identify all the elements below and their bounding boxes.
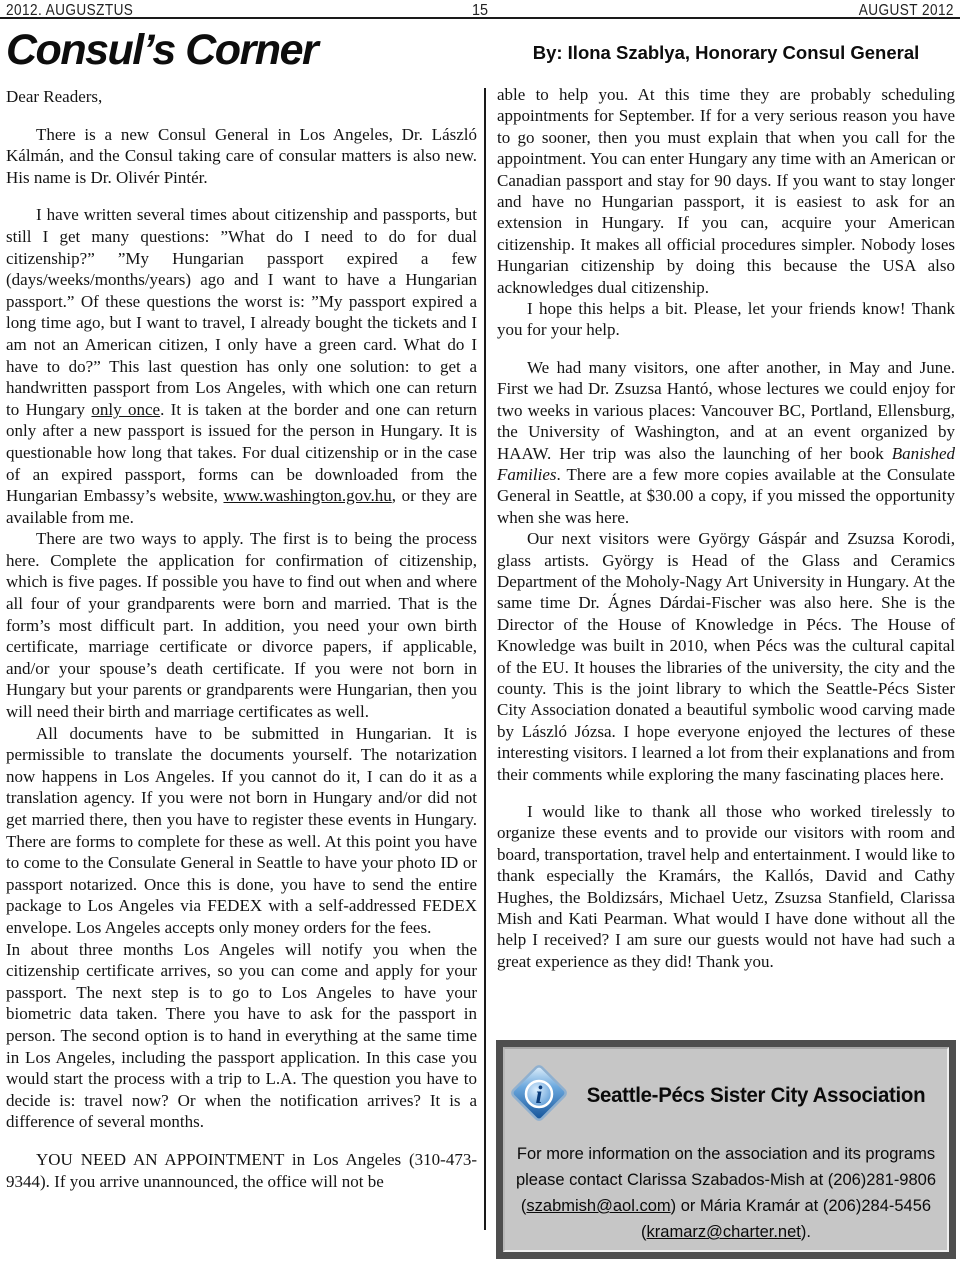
info-box-panel: i Seattle-Pécs Sister City Association F… — [503, 1047, 949, 1252]
info-box-title: Seattle-Pécs Sister City Association — [582, 1083, 930, 1108]
paragraph: There are two ways to apply. The first i… — [6, 528, 477, 722]
paragraph: Dear Readers, — [6, 86, 477, 108]
paragraph: All documents have to be submitted in Hu… — [6, 723, 477, 939]
book-title: Banished Families — [497, 444, 955, 484]
underlined-text[interactable]: only once — [91, 400, 160, 419]
embassy-website-link[interactable]: www.washington.gov.hu — [223, 486, 391, 505]
paragraph: YOU NEED AN APPOINTMENT in Los Angeles (… — [6, 1149, 477, 1192]
paragraph: I have written several times about citiz… — [6, 204, 477, 528]
newsletter-page: 2012. AUGUSZTUS 15 AUGUST 2012 Consul’s … — [0, 0, 960, 1265]
info-box-text: For more information on the association … — [515, 1141, 937, 1245]
paragraph: For more information on the association … — [515, 1141, 937, 1245]
paragraph: Our next visitors were György Gáspár and… — [497, 528, 955, 785]
right-column: able to help you. At this time they are … — [497, 84, 955, 972]
column-divider — [484, 88, 486, 1230]
paragraph: In about three months Los Angeles will n… — [6, 939, 477, 1133]
paragraph: I hope this helps a bit. Please, let you… — [497, 298, 955, 341]
svg-text:i: i — [536, 1082, 543, 1109]
paragraph: able to help you. At this time they are … — [497, 84, 955, 298]
info-icon: i — [507, 1061, 571, 1125]
left-column: Dear Readers,There is a new Consul Gener… — [6, 86, 477, 1192]
page-header: 2012. AUGUSZTUS 15 AUGUST 2012 — [6, 2, 954, 18]
header-rule — [0, 17, 960, 19]
sister-city-info-box: i Seattle-Pécs Sister City Association F… — [496, 1040, 956, 1259]
email-link[interactable]: szabmish@aol.com — [526, 1197, 670, 1215]
paragraph: There is a new Consul General in Los Ang… — [6, 124, 477, 189]
paragraph: I would like to thank all those who work… — [497, 801, 955, 972]
article-title: Consul’s Corner — [6, 26, 317, 75]
byline: By: Ilona Szablya, Honorary Consul Gener… — [497, 42, 955, 64]
email-link[interactable]: kramarz@charter.net — [647, 1223, 801, 1241]
paragraph: We had many visitors, one after another,… — [497, 357, 955, 528]
